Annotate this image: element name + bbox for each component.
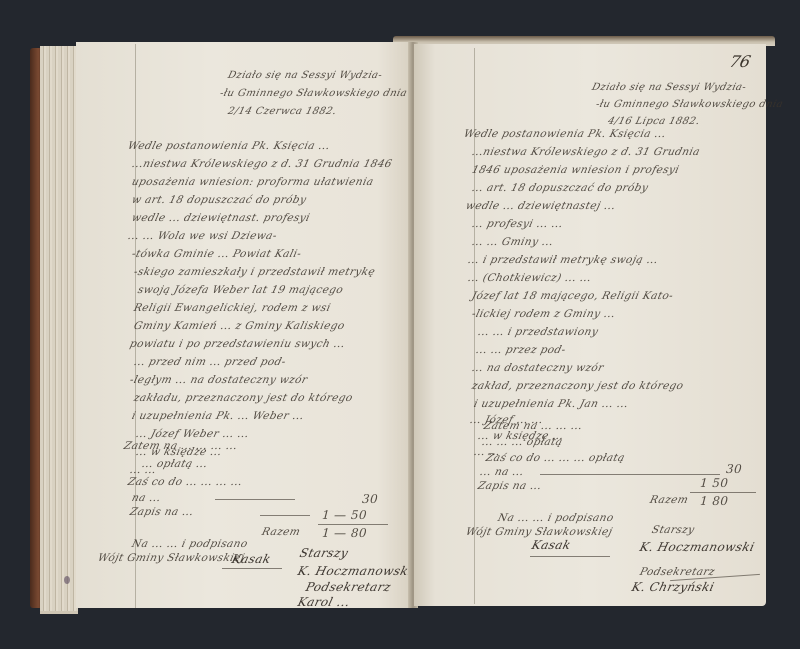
left-fee-leader (215, 499, 295, 500)
left-body-line: -skiego zamieszkały i przedstawił metryk… (133, 266, 377, 278)
right-body-line: ...niestwa Królewskiego z d. 31 Grudnia (471, 146, 702, 158)
right-body-line: zakład, przeznaczony jest do którego (471, 380, 685, 392)
left-body-line: zakładu, przeznaczony jest do którego (133, 392, 355, 404)
right-fee-leader (540, 474, 720, 475)
left-signature-underline (222, 568, 282, 569)
left-closing-line: Zaś co do ... ... ... ... (127, 476, 244, 488)
right-signature: K. Hoczmanowski (638, 540, 756, 554)
left-body-line: Wedle postanowienia Pk. Księcia ... (127, 140, 332, 152)
right-closing-line: ... ... ... opłatą (481, 436, 564, 448)
right-attestation: Na ... ... i podpisano (497, 512, 616, 524)
right-closing-line: Zapis na ... (477, 480, 544, 492)
left-body-line: wedle ... dziewiętnast. profesyi (131, 212, 312, 224)
left-body-line: ... ... Wola we wsi Dziewa- (127, 230, 279, 242)
right-body-line: ... ... i przedstawiony (477, 326, 600, 338)
left-body-line: w art. 18 dopuszczać do próby (131, 194, 308, 206)
left-closing-line: na ... (131, 492, 163, 504)
left-body-line: Gminy Kamień ... z Gminy Kaliskiego (133, 320, 347, 332)
right-body-line: ... na dostateczny wzór (471, 362, 606, 374)
right-signature: Podsekretarz (639, 566, 717, 578)
left-body-line: -tówka Gminie ... Powiat Kali- (131, 248, 303, 260)
left-attestation: Na ... ... i podpisano (131, 538, 250, 550)
right-body-line: wedle ... dziewiętnastej ... (465, 200, 617, 212)
left-closing-line: Zapis na ... (129, 506, 196, 518)
left-signature: Karol ... (296, 595, 351, 609)
right-signature: Kasak (530, 538, 572, 552)
right-total-amount: 1 80 (698, 494, 730, 508)
left-signature: Starszy (298, 546, 349, 560)
open-register-book: Działo się na Sessyi Wydzia- -łu Gminneg… (0, 0, 800, 649)
right-heading-line-2: -łu Gminnego Sławkowskiego dnia (595, 99, 785, 110)
left-signature: Podsekretarz (304, 580, 392, 594)
right-signature: Starszy (651, 524, 696, 536)
left-body-line: powiatu i po przedstawieniu swych ... (129, 338, 347, 350)
left-body-line: i uzupełnienia Pk. ... Weber ... (131, 410, 306, 422)
right-body-line: -lickiej rodem z Gminy ... (471, 308, 617, 320)
left-heading-line-1: Działo się na Sessyi Wydzia- (227, 70, 384, 81)
left-body-line: ... przed nim ... przed pod- (133, 356, 288, 368)
right-total-label: Razem (649, 494, 690, 506)
left-fee-leader (260, 515, 310, 516)
right-heading-line-1: Działo się na Sessyi Wydzia- (591, 82, 748, 93)
right-closing-line: Zatem na ... ... ... (483, 420, 584, 432)
left-heading-line-3: 2/14 Czerwca 1882. (227, 106, 338, 117)
left-total-amount: 1 — 80 (320, 526, 368, 540)
page-stack-edges (40, 46, 78, 614)
right-body-line: Józef lat 18 mającego, Religii Kato- (471, 290, 675, 302)
right-signature: K. Chrzyński (630, 580, 716, 594)
right-closing-line: Zaś co do ... ... ... opłatą (485, 452, 627, 464)
right-body-line: ... (Chotkiewicz) ... ... (467, 272, 593, 284)
right-closing-line: ... na ... (479, 466, 526, 478)
left-body-line: swoją Józefa Weber lat 19 mającego (137, 284, 345, 296)
left-closing-line: Zatem na ... ... ... ... (123, 440, 239, 452)
left-body-line: uposażenia wniesion: proforma ułatwienia (131, 176, 375, 188)
left-office: Wójt Gminy Sławkowskiej (97, 552, 246, 564)
right-body-line: ... ... przez pod- (475, 344, 568, 356)
right-office: Wójt Gminy Sławkowskiej (465, 526, 614, 538)
left-total-label: Razem (261, 526, 302, 538)
left-heading-line-2: -łu Gminnego Sławkowskiego dnia (219, 88, 409, 99)
left-body-line: Religii Ewangelickiej, rodem z wsi (133, 302, 332, 314)
right-heading-line-3: 4/16 Lipca 1882. (607, 116, 701, 127)
left-body-line: ... Józef Weber ... ... (135, 428, 251, 440)
right-signature-underline (530, 556, 610, 557)
right-fee-amount: 1 50 (698, 476, 730, 490)
right-total-rule (690, 492, 756, 493)
right-body-line: ... i przedstawił metrykę swoją ... (467, 254, 660, 266)
left-total-rule (318, 524, 388, 525)
left-body-line: -ległym ... na dostateczny wzór (129, 374, 309, 386)
right-body-line: i uzupełnienia Pk. Jan ... ... (473, 398, 630, 410)
right-body-line: 1846 uposażenia wniesion i profesyi (471, 164, 681, 176)
right-body-line: Wedle postanowienia Pk. Księcia ... (463, 128, 668, 140)
left-closing-line: ... opłatą ... (141, 458, 209, 470)
ink-smudge (64, 576, 70, 584)
left-signature: K. Hoczmanowski (296, 564, 414, 578)
left-fee-amount: 1 — 50 (320, 508, 368, 522)
left-signature: Kasak (230, 552, 272, 566)
right-body-line: ... art. 18 dopuszczać do próby (471, 182, 650, 194)
right-body-line: ... ... Gminy ... (471, 236, 555, 248)
left-body-line: ...niestwa Królewskiego z d. 31 Grudnia … (131, 158, 394, 170)
right-body-line: ... profesyi ... ... (471, 218, 565, 230)
